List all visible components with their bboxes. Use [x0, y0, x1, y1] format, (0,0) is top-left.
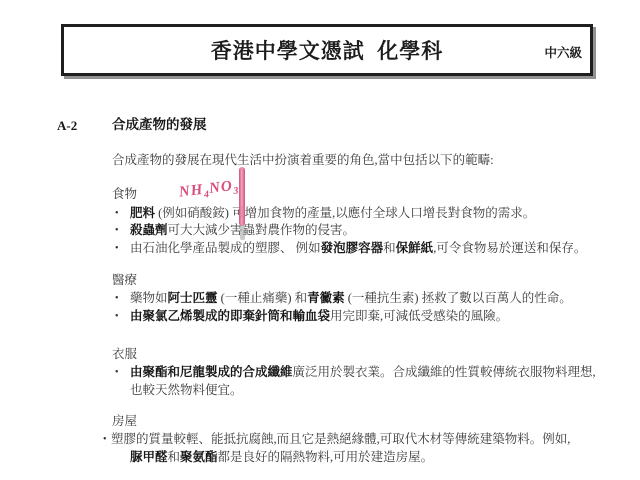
section-intro: 合成產物的發展在現代生活中扮演着重要的角色,當中包括以下的範疇:	[112, 152, 494, 168]
list-item: •由聚氯乙烯製成的即棄針筒和輸血袋用完即棄,可減低受感染的風險。	[115, 308, 508, 325]
header-box: 香港中學文憑試 化學科 中六級	[61, 24, 593, 76]
category-label-clothing: 衣服	[112, 346, 137, 362]
section-heading: 合成產物的發展	[112, 117, 207, 133]
list-item-text: 肥料 (例如硝酸銨) 可增加食物的產量,以應付全球人口增長對食物的需求。	[130, 206, 535, 220]
bullet-icon: •	[115, 223, 130, 239]
list-item-text: 由石油化學產品製成的塑膠、 例如發泡膠容器和保鮮紙,可令食物易於運送和保存。	[130, 241, 586, 255]
list-item-continuation: 也較天然物料便宜。	[130, 382, 243, 398]
section-number: A-2	[57, 118, 77, 134]
bullet-icon: •	[115, 365, 130, 381]
bullet-icon: •	[115, 309, 130, 325]
handwritten-formula-nh4no3: NH4NO3	[178, 177, 240, 203]
bullet-icon: •	[115, 291, 130, 307]
bullet-icon: •	[103, 432, 111, 448]
category-label-food: 食物	[112, 186, 137, 202]
list-item-text: 由聚氯乙烯製成的即棄針筒和輸血袋用完即棄,可減低受感染的風險。	[130, 309, 508, 323]
page-title: 香港中學文憑試 化學科	[211, 35, 444, 65]
list-item: •藥物如阿士匹靈 (一種止痛藥) 和青黴素 (一種抗生素) 拯救了數以百萬人的性…	[115, 290, 572, 307]
grade-label: 中六級	[544, 43, 582, 61]
list-item-text: 由聚酯和尼龍製成的合成纖維廣泛用於製衣業。合成纖維的性質較傳統衣服物料理想,	[130, 365, 596, 379]
list-item: •由聚酯和尼龍製成的合成纖維廣泛用於製衣業。合成纖維的性質較傳統衣服物料理想,	[115, 364, 596, 381]
category-label-medical: 醫療	[112, 272, 137, 288]
handwritten-vertical-stroke	[239, 167, 245, 226]
list-item: •殺蟲劑可大大減少害蟲對農作物的侵害。	[115, 222, 355, 239]
category-label-housing: 房屋	[112, 413, 137, 429]
list-item-text: 塑膠的質量較輕、能抵抗腐蝕,而且它是熱絕緣體,可取代木材等傳統建築物料。例如,	[111, 432, 570, 446]
bullet-icon: •	[115, 206, 130, 222]
list-item: •肥料 (例如硝酸銨) 可增加食物的產量,以應付全球人口增長對食物的需求。	[115, 205, 535, 222]
list-item-text: 藥物如阿士匹靈 (一種止痛藥) 和青黴素 (一種抗生素) 拯救了數以百萬人的性命…	[130, 291, 572, 305]
list-item-text: 脲甲醛和聚氨酯都是良好的隔熱物料,可用於建造房屋。	[130, 450, 433, 464]
list-item: •塑膠的質量較輕、能抵抗腐蝕,而且它是熱絕緣體,可取代木材等傳統建築物料。例如,	[103, 431, 570, 448]
document-page: 香港中學文憑試 化學科 中六級 A-2 合成產物的發展 合成產物的發展在現代生活…	[0, 0, 640, 480]
list-item-text: 也較天然物料便宜。	[130, 383, 243, 397]
bullet-icon: •	[115, 241, 130, 257]
list-item: •由石油化學產品製成的塑膠、 例如發泡膠容器和保鮮紙,可令食物易於運送和保存。	[115, 240, 586, 257]
list-item-continuation: 脲甲醛和聚氨酯都是良好的隔熱物料,可用於建造房屋。	[130, 449, 433, 465]
handwritten-stroke-faded-tail	[240, 225, 245, 240]
